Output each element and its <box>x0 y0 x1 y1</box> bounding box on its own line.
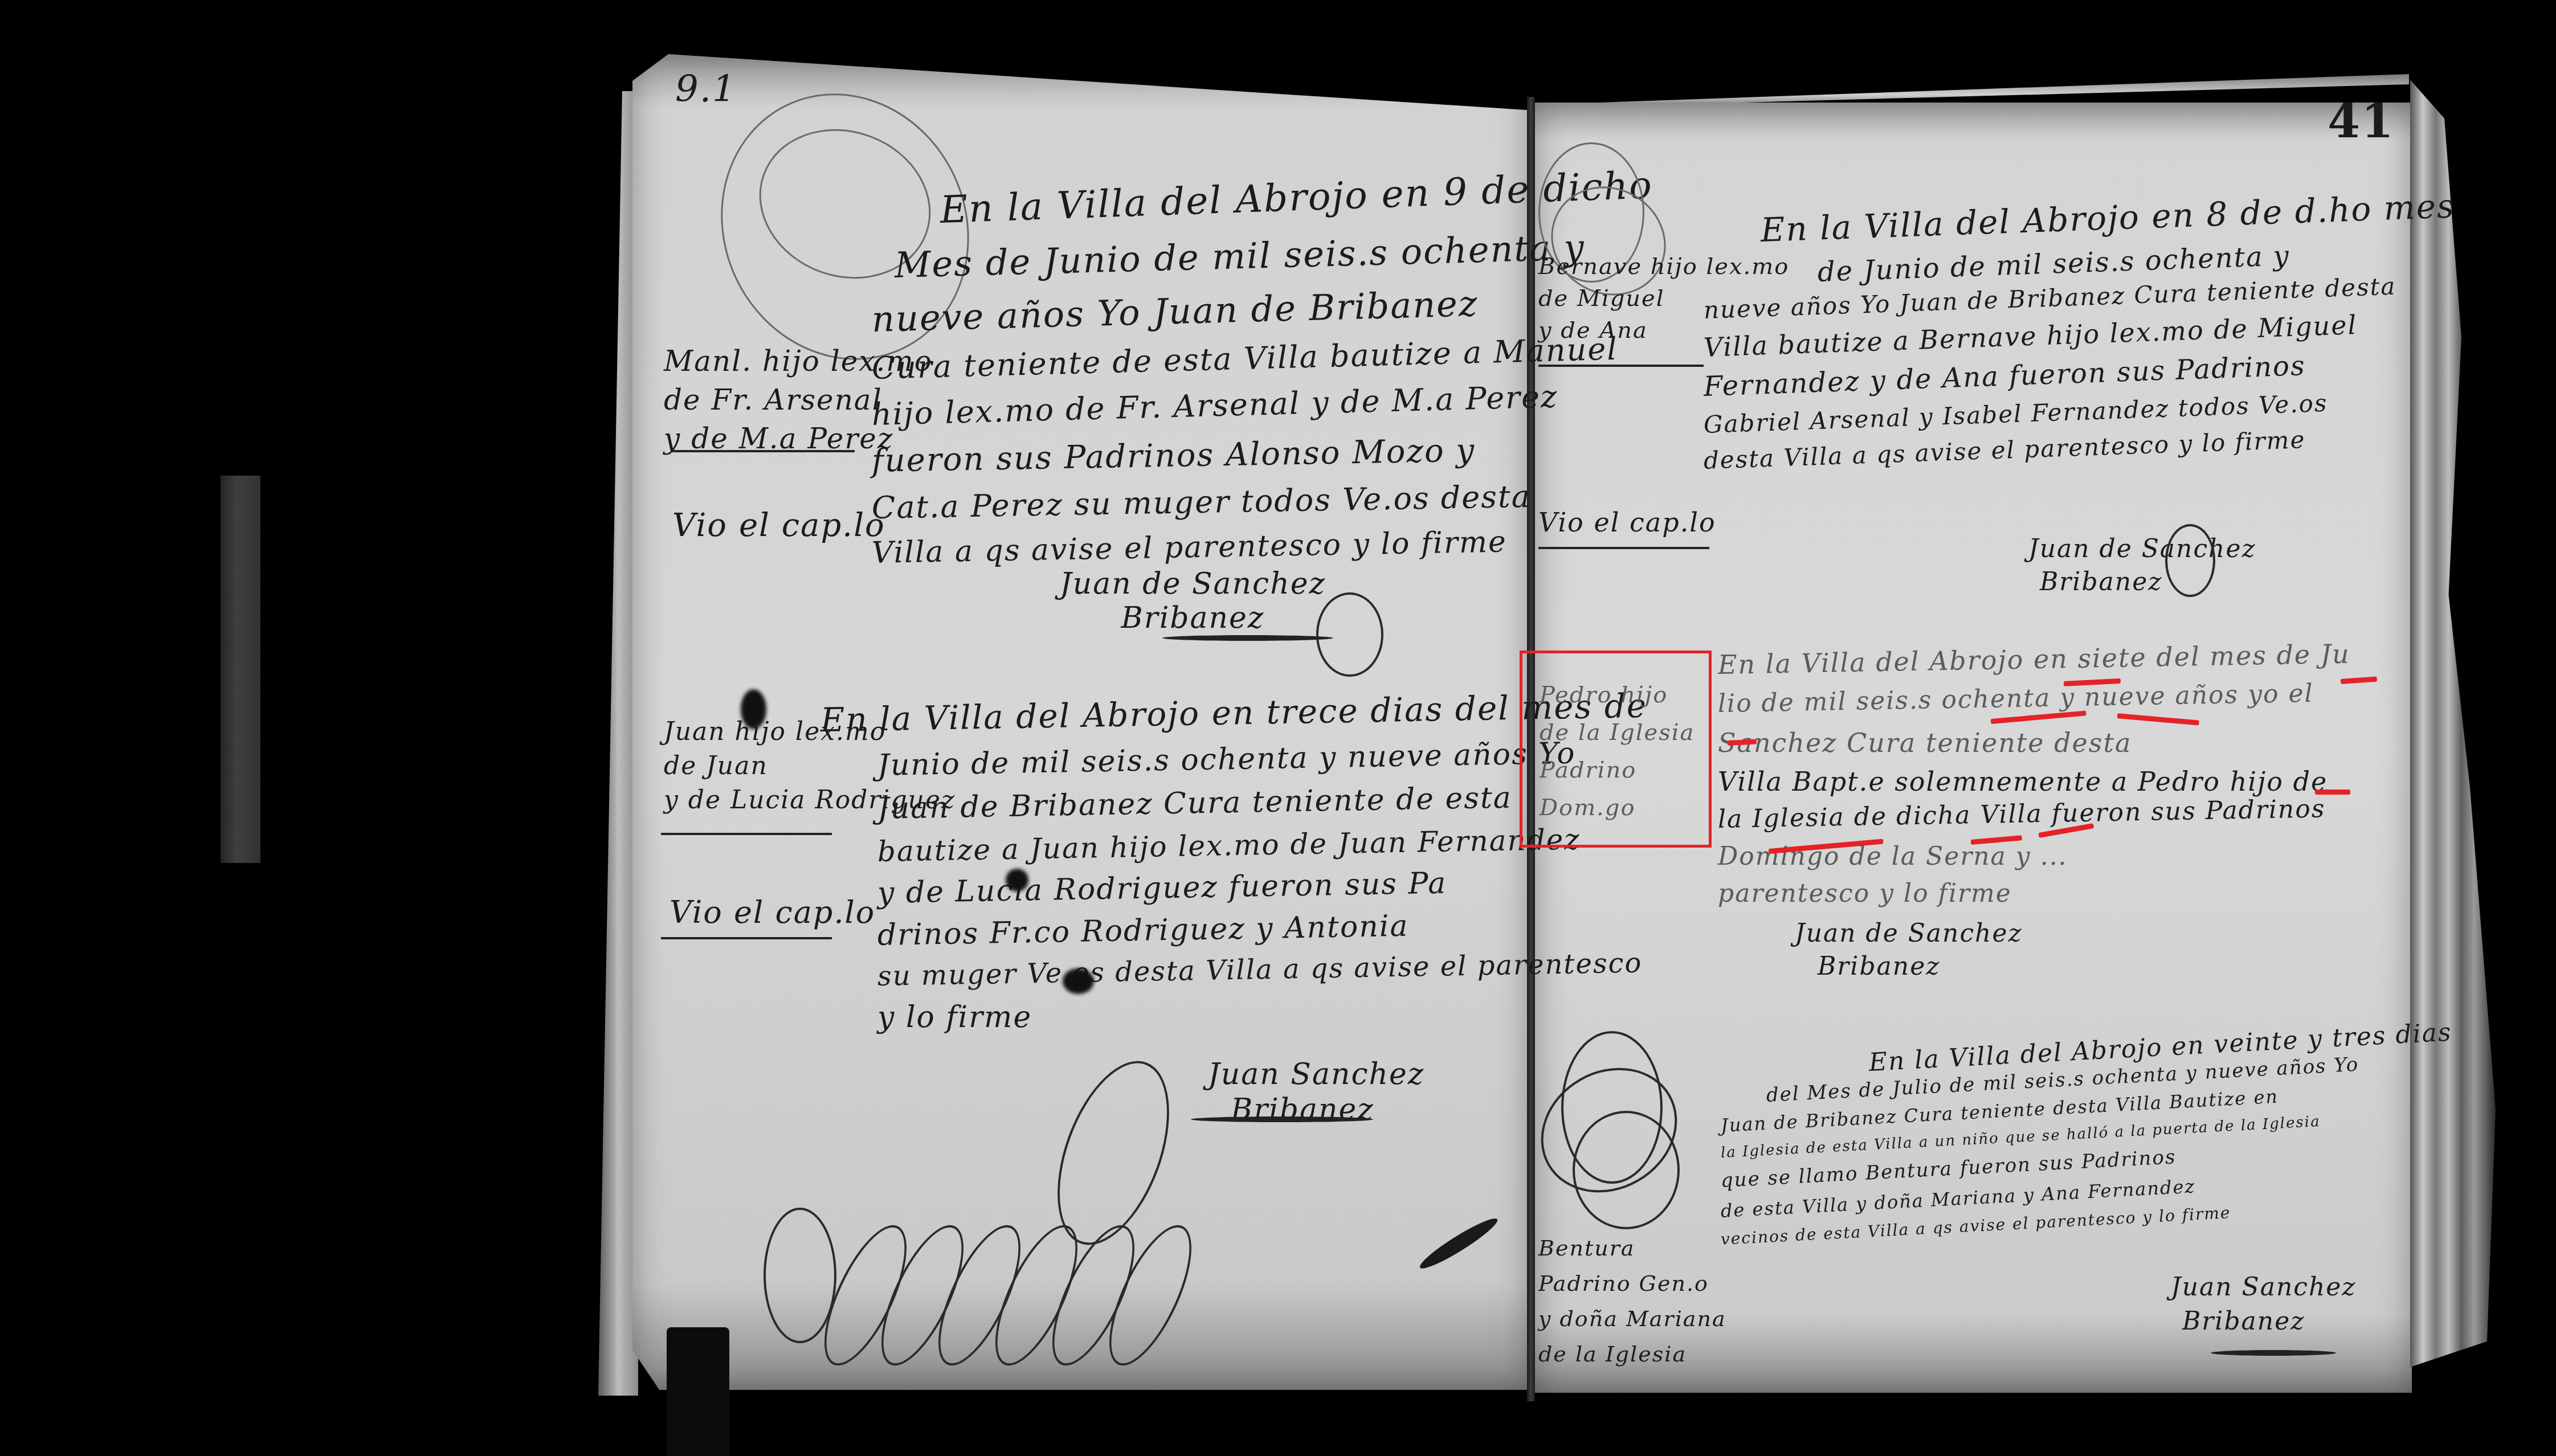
folio-number: 41 <box>2328 94 2395 149</box>
signature-flourish <box>2211 1350 2336 1356</box>
entry-line: fueron sus Padrinos Alonso Mozo y <box>871 431 1521 480</box>
signature: Juan de Sanchez Bribanez <box>1060 567 1326 635</box>
annotated-text: Pedro hijo de la Iglesia Padrino Dom.go <box>1540 676 1695 827</box>
entry-line: nueve años Yo Juan de Bribanez <box>871 281 1522 340</box>
binding-strip <box>221 476 260 863</box>
entry-line: Cura teniente de esta Villa bautize a Ma… <box>871 333 1521 386</box>
margin-note: Vio el cap.lo <box>1538 507 1716 538</box>
register-entry: En la Villa del Abrojo en 9 de dicho Mes… <box>872 188 1521 570</box>
entry-line: Junio de mil seis.s ochenta y nueve años… <box>877 737 1527 783</box>
entry-line: y lo firme <box>877 1000 1527 1034</box>
annotation-bounding-box[interactable]: Pedro hijo de la Iglesia Padrino Dom.go <box>1520 651 1712 848</box>
entry-line: la Iglesia de dicha Villa fueron sus Pad… <box>1718 793 2402 834</box>
ink-blot <box>1063 968 1094 994</box>
entry-line: drinos Fr.co Rodriguez y Antonia <box>877 907 1527 952</box>
entry-line: lio de mil seis.s ochenta y nueve años y… <box>1718 677 2402 718</box>
entry-line: hijo lex.mo de Fr. Arsenal y de M.a Pere… <box>871 379 1521 432</box>
signature: Juan de Sanchez Bribanez <box>1795 917 2023 983</box>
signature-flourish <box>1162 635 1333 641</box>
signature: Juan de Sanchez Bribanez <box>2028 533 2256 599</box>
entry-line: Villa Bapt.e solemnemente a Pedro hijo d… <box>1718 766 2402 797</box>
entry-line: parentesco y lo firme <box>1718 879 2402 908</box>
margin-note: Vio el cap.lo <box>672 507 885 544</box>
entry-line: Mes de Junio de mil seis.s ochenta y <box>894 228 1522 286</box>
signature-flourish <box>2165 524 2215 597</box>
margin-divider <box>1538 365 1704 367</box>
margin-divider <box>672 450 855 452</box>
left-page-edge <box>598 91 638 1396</box>
margin-note: Bentura Padrino Gen.o y doña Mariana de … <box>1538 1230 1726 1372</box>
entry-line: Villa a qs avise el parentesco y lo firm… <box>871 525 1521 570</box>
register-entry: En la Villa del Abrojo en veinte y tres … <box>1721 1048 2404 1249</box>
page-stack-edges <box>2410 80 2496 1367</box>
initial-flourish <box>1573 1111 1680 1229</box>
left-folio-mark: 9.1 <box>675 68 737 111</box>
ink-blot <box>1006 869 1028 891</box>
register-entry: En la Villa del Abrojo en 8 de d.ho mes … <box>1704 211 2404 475</box>
page-clip-tab <box>667 1327 729 1456</box>
entry-line: su muger Ve.os desta Villa a qs avise el… <box>877 949 1528 992</box>
entry-line: y de Lucia Rodriguez fueron sus Pa <box>877 865 1527 910</box>
margin-divider <box>1538 547 1709 549</box>
entry-line: Juan de Bribanez Cura teniente de esta <box>877 780 1527 826</box>
signature-flourish <box>1191 1116 1373 1122</box>
signature: Juan Sanchez Bribanez <box>2171 1270 2356 1339</box>
annotation-underline[interactable] <box>2315 790 2350 795</box>
entry-line: Cat.a Perez su muger todos Ve.os desta <box>871 478 1521 526</box>
register-entry: En la Villa del Abrojo en siete del mes … <box>1718 649 2402 908</box>
entry-line: bautize a Juan hijo lex.mo de Juan Ferna… <box>877 824 1527 868</box>
entry-line: Sanchez Cura teniente desta <box>1718 727 2402 758</box>
closing-paraph-flourish <box>763 1185 1333 1367</box>
register-entry: En la Villa del Abrojo en trece dias del… <box>729 701 1527 1034</box>
signature-flourish <box>1316 592 1383 677</box>
